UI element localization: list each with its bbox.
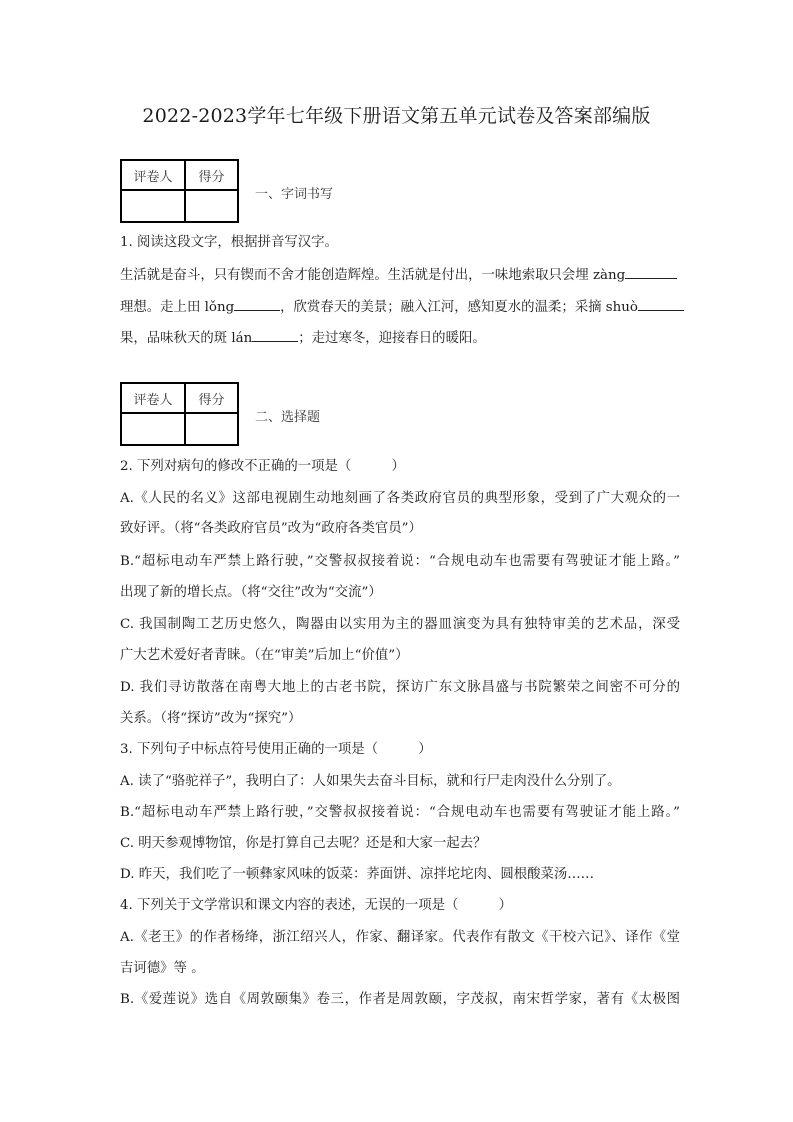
score-box-section-2: 评卷人 得分 二、选择题 [120, 382, 680, 446]
answer-blank[interactable] [252, 329, 298, 342]
grader-label: 评卷人 [121, 160, 185, 190]
answer-blank[interactable] [625, 266, 677, 279]
question-1-stem: 1. 阅读这段文字，根据拼音写汉字。 [120, 234, 680, 252]
option-2a-line-2: 致好评。（将“各类政府官员”改为“政府各类官员”） [120, 520, 680, 538]
passage-line-1: 生活就是奋斗，只有锲而不舍才能创造辉煌。生活就是付出，一味地索取只会埋 zàng [120, 266, 680, 285]
score-box-section-1: 评卷人 得分 一、字词书写 [120, 159, 680, 223]
option-2a-line-1[interactable]: A.《人民的名义》这部电视剧生动地刻画了各类政府官员的典型形象，受到了广大观众的… [120, 490, 680, 508]
question-number: 1. [120, 235, 133, 250]
pinyin-hint: shuò [606, 300, 638, 315]
option-2c-line-1[interactable]: C. 我国制陶工艺历史悠久，陶器由以实用为主的器皿演变为具有独特审美的艺术品，深… [120, 616, 680, 634]
pinyin-hint: lǒng [205, 300, 235, 315]
grader-cell[interactable] [121, 190, 185, 222]
question-number: 4. [120, 898, 133, 913]
option-3c[interactable]: C. 明天参观博物馆，你是打算自己去呢？还是和大家一起去？ [120, 835, 680, 853]
question-4-stem: 4. 下列关于文学常识和课文内容的表述，无误的一项是（ ） [120, 897, 680, 915]
option-4a-line-1[interactable]: A.《老王》的作者杨绛，浙江绍兴人，作家、翻译家。代表作有散文《干校六记》、译作… [120, 929, 680, 947]
option-4b-line-1[interactable]: B.《爱莲说》选自《周敦颐集》卷三，作者是周敦颐，字茂叔，南宋哲学家，著有《太极… [120, 991, 680, 1009]
option-2d-line-1[interactable]: D. 我们寻访散落在南粤大地上的古老书院，探访广东文脉昌盛与书院繁荣之间密不可分… [120, 679, 680, 697]
answer-blank[interactable] [638, 298, 684, 311]
answer-blank[interactable] [234, 298, 280, 311]
score-table: 评卷人 得分 [120, 382, 239, 446]
score-label: 得分 [185, 383, 238, 413]
question-text: 下列关于文学常识和课文内容的表述，无误的一项是（ ） [137, 898, 512, 913]
score-table: 评卷人 得分 [120, 159, 239, 223]
question-number: 3. [120, 742, 133, 757]
document-title: 2022-2023学年七年级下册语文第五单元试卷及答案部编版 [0, 103, 793, 129]
passage-line-3: 果，品味秋天的斑 lán；走过寒冬，迎接春日的暖阳。 [120, 329, 680, 348]
question-text: 阅读这段文字，根据拼音写汉字。 [137, 235, 338, 250]
section-heading-1: 一、字词书写 [255, 183, 333, 202]
grader-cell[interactable] [121, 413, 185, 445]
option-3d[interactable]: D. 昨天，我们吃了一顿彝家风味的饭菜：荞面饼、凉拌坨坨肉、圆根酸菜汤…… [120, 866, 680, 884]
option-3a[interactable]: A. 读了“骆驼祥子”，我明白了：人如果失去奋斗目标，就和行尸走肉没什么分别了。 [120, 773, 680, 791]
option-2b-line-2: 出现了新的增长点。（将“交往”改为“交流”） [120, 584, 680, 602]
section-heading-2: 二、选择题 [255, 406, 320, 425]
question-number: 2. [120, 459, 133, 474]
option-2b-line-1[interactable]: B.“超标电动车严禁上路行驶，”交警叔叔接着说：“合规电动车也需要有驾驶证才能上… [120, 553, 680, 571]
option-2c-line-2: 广大艺术爱好者青睐。（在“审美”后加上“价值”） [120, 647, 680, 665]
pinyin-hint: lán [231, 331, 252, 346]
question-3-stem: 3. 下列句子中标点符号使用正确的一项是（ ） [120, 741, 680, 759]
option-3b[interactable]: B.“超标电动车严禁上路行驶，”交警叔叔接着说：“合规电动车也需要有驾驶证才能上… [120, 804, 680, 822]
pinyin-hint: zàng [593, 268, 625, 283]
option-4a-line-2: 吉诃德》等 。 [120, 960, 680, 978]
option-2d-line-2: 关系。（将“探访”改为“探究”） [120, 710, 680, 728]
question-text: 下列句子中标点符号使用正确的一项是（ ） [137, 742, 432, 757]
score-cell[interactable] [185, 413, 238, 445]
question-text: 下列对病句的修改不正确的一项是（ ） [137, 459, 405, 474]
score-label: 得分 [185, 160, 238, 190]
question-2-stem: 2. 下列对病句的修改不正确的一项是（ ） [120, 458, 680, 476]
grader-label: 评卷人 [121, 383, 185, 413]
score-cell[interactable] [185, 190, 238, 222]
passage-line-2: 理想。走上田 lǒng，欣赏春天的美景；融入江河，感知夏水的温柔；采摘 shuò [120, 298, 680, 317]
